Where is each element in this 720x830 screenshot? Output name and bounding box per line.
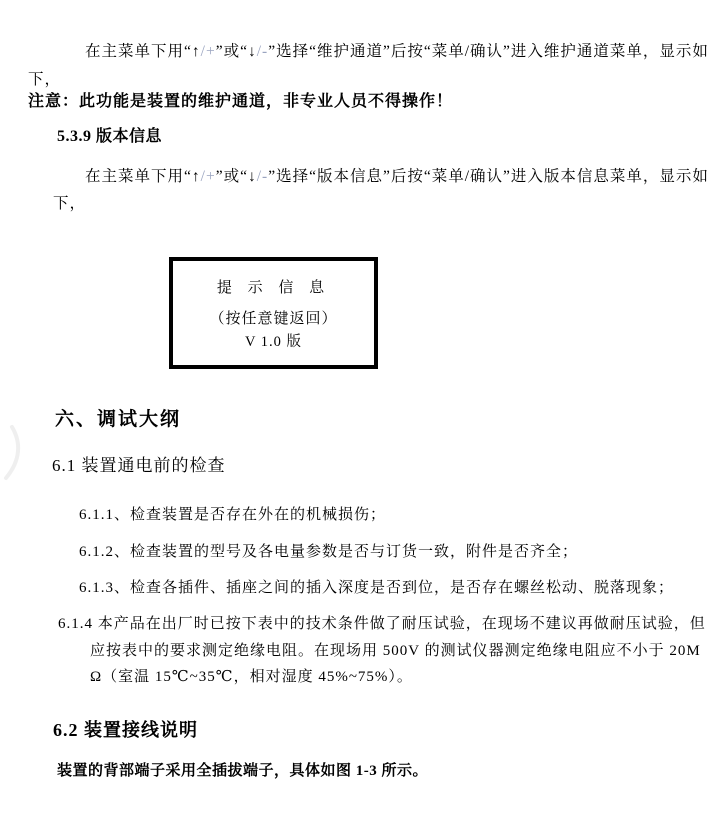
key-symbol-light-run: /+ — [201, 43, 216, 60]
prompt-info-version: V 1.0 版 — [173, 335, 374, 350]
text-run: ”选择“维护通道”后按“菜单/确认”进入维护通道菜单，显示如 — [268, 43, 709, 60]
key-symbol-light-run: /- — [257, 168, 268, 185]
check-item-6-1-4-line3: Ω（室温 15℃~35℃，相对湿度 45%~75%）。 — [90, 670, 413, 685]
heading-chapter-6-debug-outline: 六、调试大纲 — [55, 410, 181, 429]
heading-5-3-9-version-info: 5.3.9 版本信息 — [57, 129, 162, 145]
heading-6-2-wiring-instructions: 6.2 装置接线说明 — [53, 721, 198, 739]
faint-paren-artifact-mark — [0, 424, 24, 482]
key-symbol-light-run: /+ — [201, 168, 216, 185]
version-paragraph-line2: 下， — [53, 196, 86, 212]
prompt-info-subtitle: （按任意键返回） — [173, 312, 374, 327]
maintenance-paragraph-line1: 在主菜单下用“↑/+”或“↓/-”选择“维护通道”后按“菜单/确认”进入维护通道… — [85, 44, 709, 60]
check-item-6-1-4-line2: 应按表中的要求测定绝缘电阻。在现场用 500V 的测试仪器测定绝缘电阻应不小于 … — [90, 644, 701, 659]
text-run: ”或“ — [216, 43, 248, 60]
prompt-info-box: 提 示 信 息 （按任意键返回） V 1.0 版 — [169, 257, 378, 369]
text-run: ”选择“版本信息”后按“菜单/确认”进入版本信息菜单，显示如 — [268, 168, 709, 185]
text-run: ↑ — [192, 43, 201, 60]
text-run: 在主菜单下用“ — [85, 43, 192, 60]
text-run: ↓ — [248, 43, 257, 60]
prompt-info-title: 提 示 信 息 — [173, 281, 374, 296]
heading-6-1-pre-power-check: 6.1 装置通电前的检查 — [52, 457, 226, 474]
check-item-6-1-3: 6.1.3、检查各插件、插座之间的插入深度是否到位，是否存在螺丝松动、脱落现象； — [79, 581, 674, 596]
version-paragraph-line1: 在主菜单下用“↑/+”或“↓/-”选择“版本信息”后按“菜单/确认”进入版本信息… — [85, 169, 709, 185]
text-run: ↑ — [192, 168, 201, 185]
warning-note: 注意：此功能是装置的维护通道，非专业人员不得操作！ — [28, 94, 453, 110]
check-item-6-1-4-line1: 6.1.4 本产品在出厂时已按下表中的技术条件做了耐压试验，在现场不建议再做耐压… — [58, 617, 706, 632]
key-symbol-light-run: /- — [257, 43, 268, 60]
check-item-6-1-1: 6.1.1、检查装置是否存在外在的机械损伤； — [79, 508, 386, 523]
text-run: ”或“ — [216, 168, 248, 185]
text-run: 在主菜单下用“ — [85, 168, 192, 185]
check-item-6-1-2: 6.1.2、检查装置的型号及各电量参数是否与订货一致，附件是否齐全； — [79, 545, 578, 560]
text-run: ↓ — [248, 168, 257, 185]
wiring-paragraph: 装置的背部端子采用全插拔端子，具体如图 1-3 所示。 — [57, 764, 428, 779]
document-page: 在主菜单下用“↑/+”或“↓/-”选择“维护通道”后按“菜单/确认”进入维护通道… — [0, 0, 720, 830]
maintenance-paragraph-line2: 下， — [28, 72, 61, 88]
